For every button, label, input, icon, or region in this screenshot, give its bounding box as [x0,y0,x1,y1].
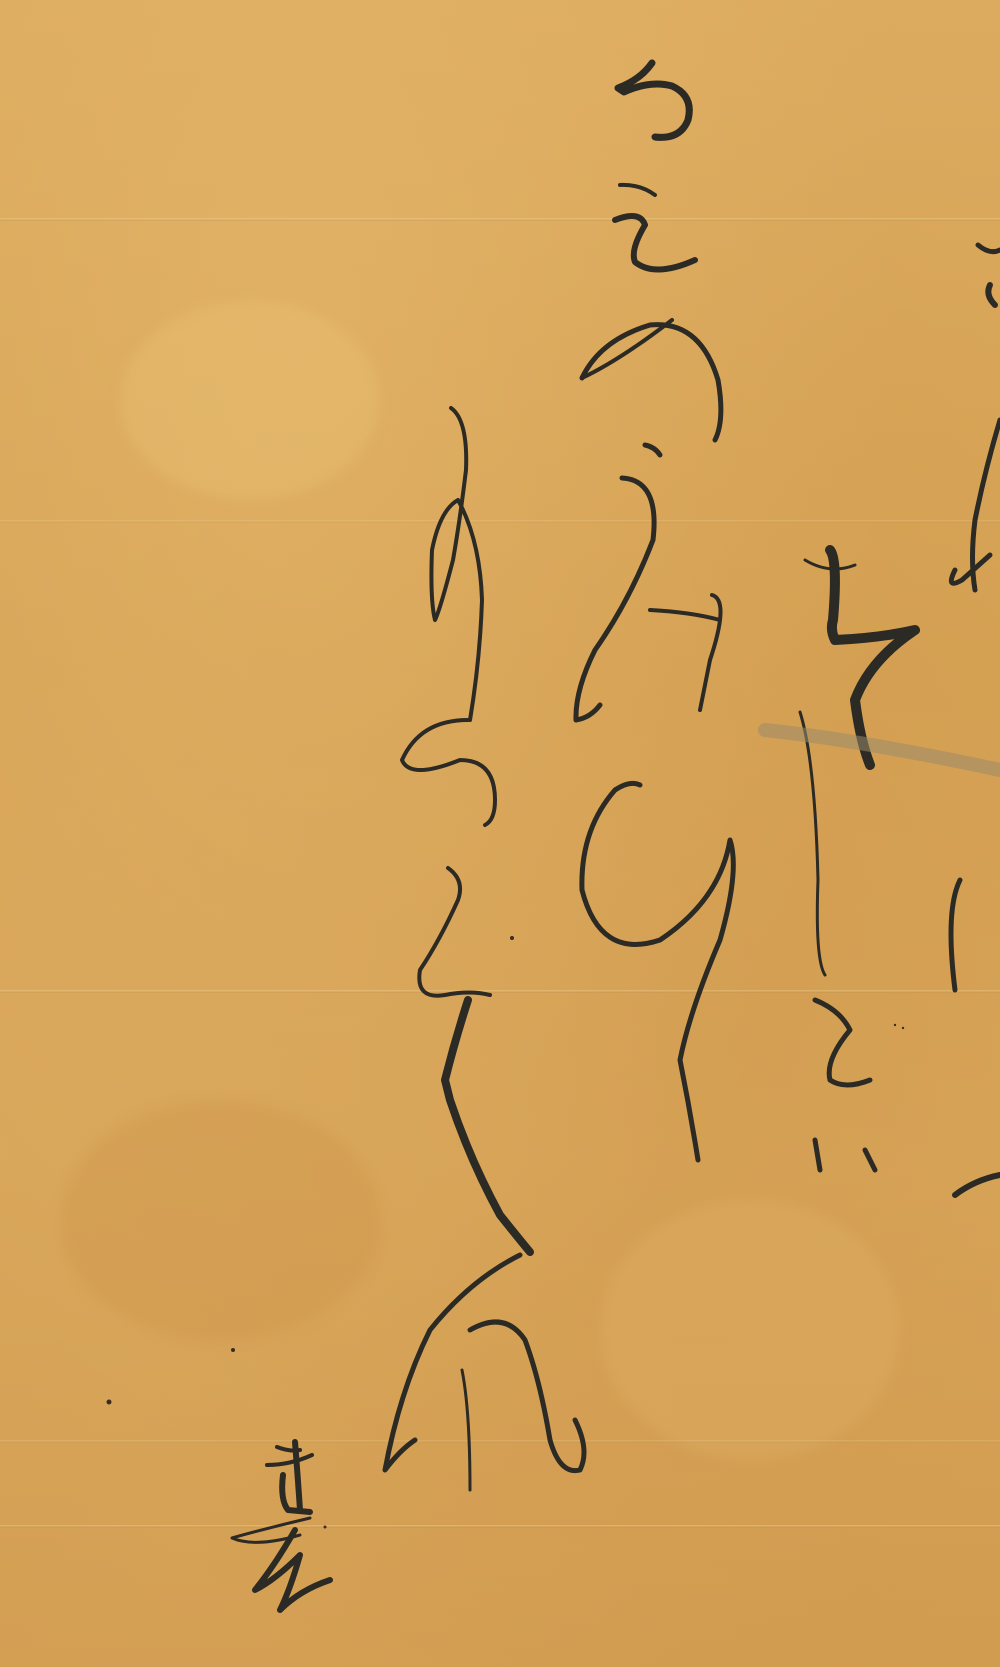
paper-specks [107,936,905,1529]
left-column [385,408,584,1490]
calligraphy-paper [0,0,1000,1667]
right-edge-column [951,245,1000,1195]
main-column [576,63,733,1160]
ink-wash-stroke [765,730,1000,770]
artist-signature [232,1442,330,1610]
middle-right-column [800,550,915,1170]
calligraphy-strokes [0,0,1000,1667]
